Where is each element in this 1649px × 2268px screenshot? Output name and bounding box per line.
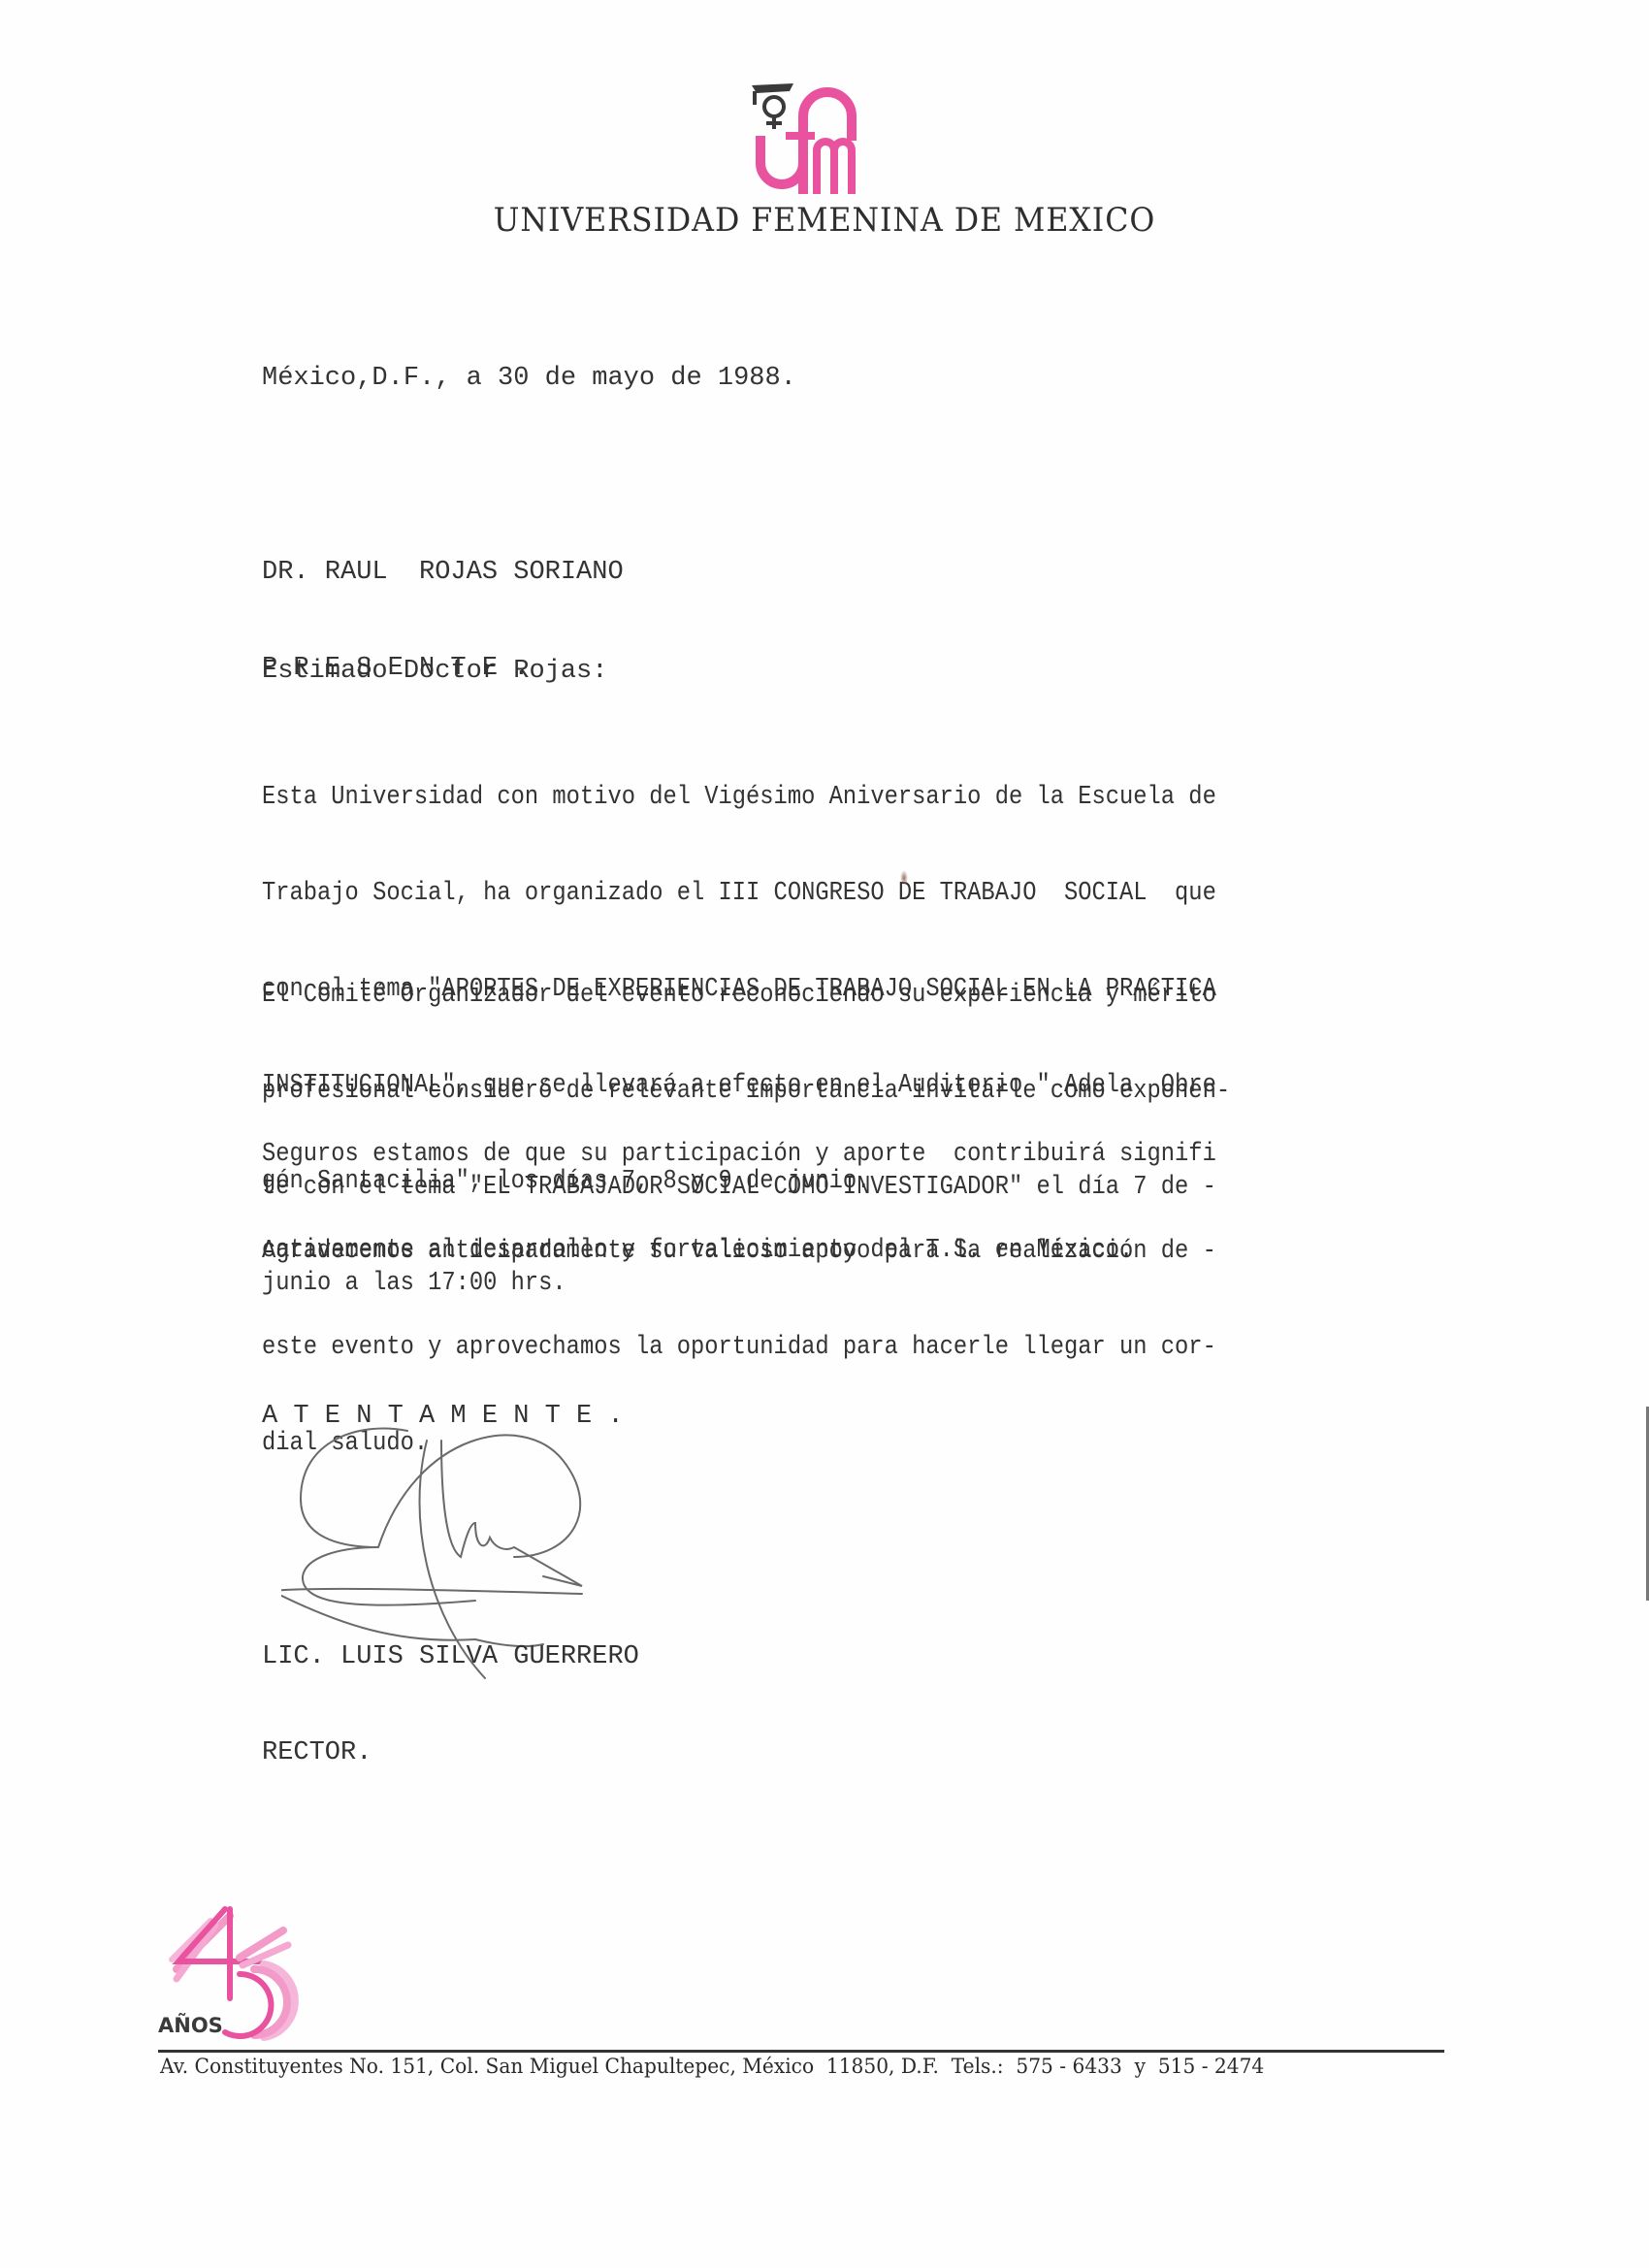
date-line: México,D.F., a 30 de mayo de 1988.: [262, 363, 796, 395]
paragraph-line: este evento y aprovechamos la oportunida…: [262, 1332, 1216, 1364]
letter-page: UNIVERSIDAD FEMENINA DE MEXICO México,D.…: [0, 0, 1649, 2268]
signer-title: RECTOR.: [262, 1737, 639, 1769]
footer-address: Av. Constituyentes No. 151, Col. San Mig…: [160, 2055, 1399, 2078]
paragraph-line: El Comité Organizador del evento reconoc…: [262, 980, 1230, 1012]
anniversary-label: AÑOS: [158, 2014, 223, 2037]
signer-block: LIC. LUIS SILVA GUERRERO RECTOR.: [262, 1577, 639, 1833]
recipient-block: DR. RAUL ROJAS SORIANO P R E S E N T E .: [262, 493, 624, 749]
paragraph-line: Trabajo Social, ha organizado el III CON…: [262, 878, 1216, 910]
paragraph-line: Agradecemos anticipadamente su valioso a…: [262, 1236, 1216, 1268]
recipient-name: DR. RAUL ROJAS SORIANO: [262, 557, 624, 589]
paragraph-line: Seguros estamos de que su participación …: [262, 1139, 1216, 1171]
institution-name: UNIVERSIDAD FEMENINA DE MEXICO: [329, 201, 1321, 240]
paragraph-line: Esta Universidad con motivo del Vigésimo…: [262, 782, 1216, 814]
greeting: Estimado Doctor Rojas:: [262, 656, 607, 688]
ink-smudge: [900, 870, 908, 886]
ufm-logo-icon: [747, 78, 883, 199]
signer-name: LIC. LUIS SILVA GUERRERO: [262, 1641, 639, 1673]
footer-divider: [158, 2050, 1444, 2053]
